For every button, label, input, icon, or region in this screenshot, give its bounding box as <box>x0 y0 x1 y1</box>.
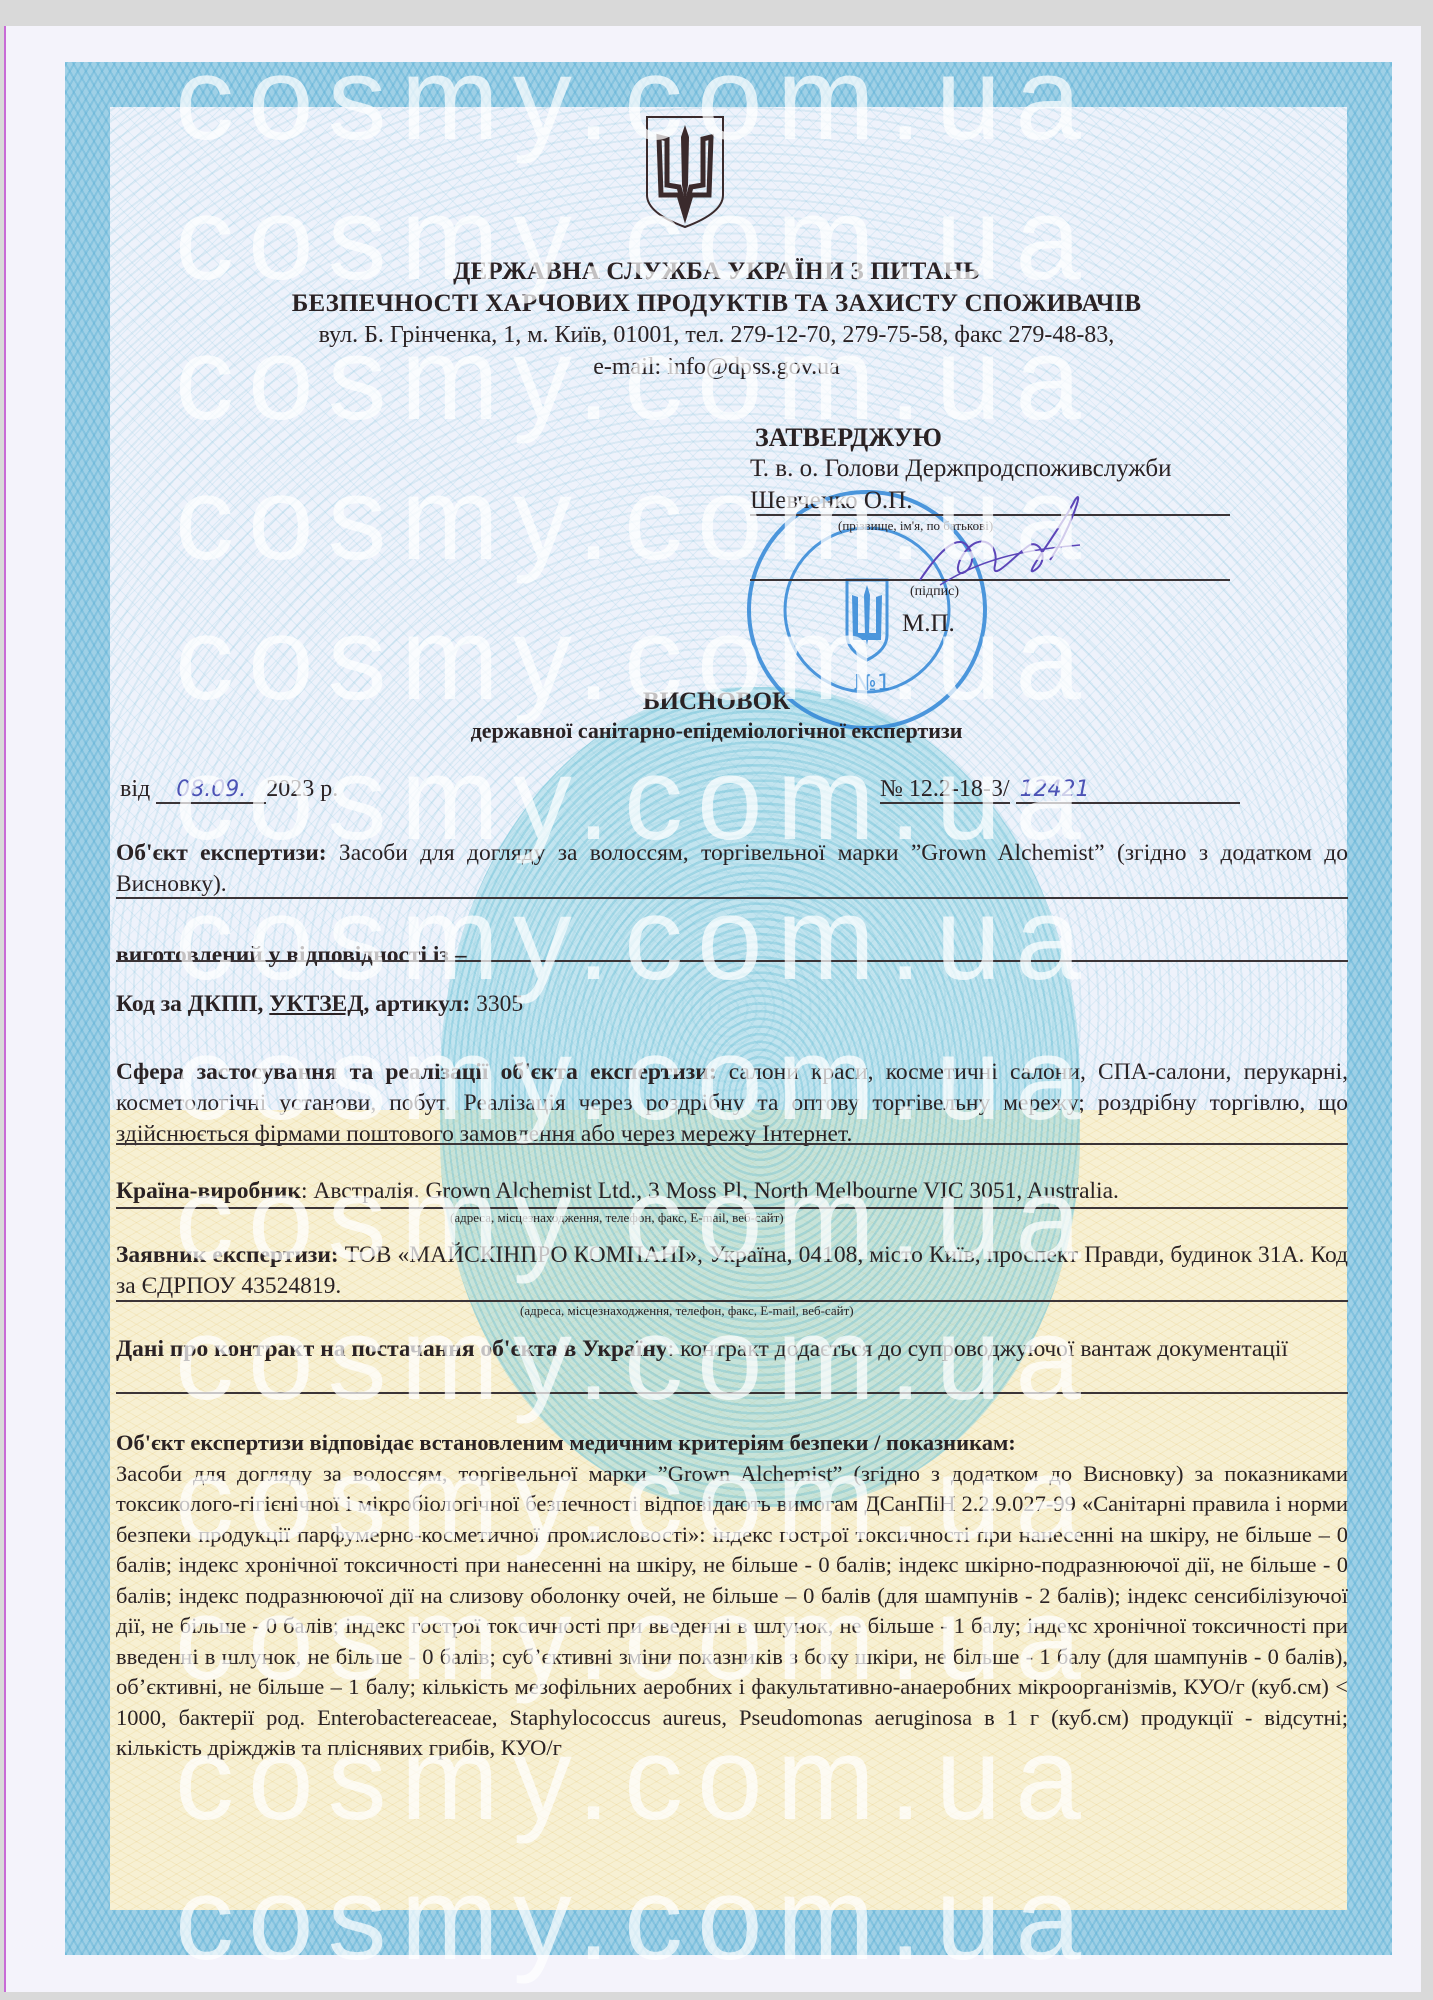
applicant-label: Заявник експертизи: <box>116 1242 339 1268</box>
compliance-label: Об'єкт експертизи відповідає встановлени… <box>116 1430 1016 1455</box>
document-title: ВИСНОВОК <box>0 688 1433 716</box>
agency-name-line-2: БЕЗПЕЧНОСТІ ХАРЧОВИХ ПРОДУКТІВ ТА ЗАХИСТ… <box>0 290 1433 318</box>
compliance-text: Засоби для догляду за волоссям, торгівел… <box>116 1461 1348 1761</box>
seal-label: М.П. <box>902 610 955 638</box>
object-label: Об'єкт експертизи: <box>116 840 327 866</box>
divider <box>116 960 1348 962</box>
date-prefix: від <box>120 776 150 802</box>
contract-section: Дані про контракт на постачання об'єкта … <box>116 1334 1348 1365</box>
date-suffix: 2023 р. <box>266 776 338 802</box>
country-label: Країна-виробник <box>116 1178 301 1204</box>
country-text: : Австралія. Grown Alchemist Ltd., 3 Mos… <box>301 1178 1119 1204</box>
applicant-section: Заявник експертизи: ТОВ «МАЙСКІНПРО КОМП… <box>116 1240 1348 1302</box>
scope-label: Сфера застосування та реалізації об'єкта… <box>116 1059 717 1085</box>
agency-email: e-mail: info@dpss.gov.ua <box>0 354 1433 381</box>
scope-section: Сфера застосування та реалізації об'єкта… <box>116 1057 1348 1150</box>
document-subtitle: державної санітарно-епідеміологічної екс… <box>0 718 1433 744</box>
divider <box>116 1300 1348 1302</box>
handwritten-signature-icon <box>900 490 1100 610</box>
compliance-section: Об'єкт експертизи відповідає встановлени… <box>116 1428 1348 1764</box>
contract-text: : контракт додається до супроводжуючої в… <box>668 1336 1288 1362</box>
code-section: Код за ДКПП, УКТЗЕД, артикул: 3305 <box>116 989 1348 1020</box>
country-caption: (адреса, місцезнаходження, телефон, факс… <box>450 1210 784 1226</box>
divider <box>116 897 1348 899</box>
approval-position: Т. в. о. Голови Держпродспоживслужби <box>750 455 1171 483</box>
agency-address: вул. Б. Грінченка, 1, м. Київ, 01001, те… <box>0 322 1433 349</box>
date-handwritten: 08.09. <box>156 777 266 804</box>
code-label: Код за ДКПП, УКТЗЕД, артикул: <box>116 991 470 1017</box>
document-date: від 08.09.2023 р. <box>120 776 338 804</box>
divider <box>116 1143 1348 1145</box>
code-value: 3305 <box>476 991 523 1017</box>
country-section: Країна-виробник: Австралія. Grown Alchem… <box>116 1176 1348 1207</box>
object-section: Об'єкт експертизи: Засоби для догляду за… <box>116 838 1348 900</box>
approver-name: Шевченко О.П. <box>750 487 912 515</box>
applicant-caption: (адреса, місцезнаходження, телефон, факс… <box>520 1303 854 1319</box>
number-handwritten: 12421 <box>1016 777 1240 804</box>
number-prefix: № 12.2-18-3/ <box>880 776 1010 804</box>
contract-label: Дані про контракт на постачання об'єкта … <box>116 1336 668 1362</box>
trident-coat-of-arms-icon <box>645 115 725 230</box>
document-number: № 12.2-18-3/ 12421 <box>880 776 1240 804</box>
manufactured-section: виготовлений у відповідності із – <box>116 940 1348 971</box>
approval-title: ЗАТВЕРДЖУЮ <box>755 423 942 453</box>
manufactured-label: виготовлений у відповідності із – <box>116 942 466 968</box>
agency-name-line-1: ДЕРЖАВНА СЛУЖБА УКРАЇНИ З ПИТАНЬ <box>0 258 1433 286</box>
divider <box>116 1392 1348 1394</box>
divider <box>116 1207 1348 1209</box>
